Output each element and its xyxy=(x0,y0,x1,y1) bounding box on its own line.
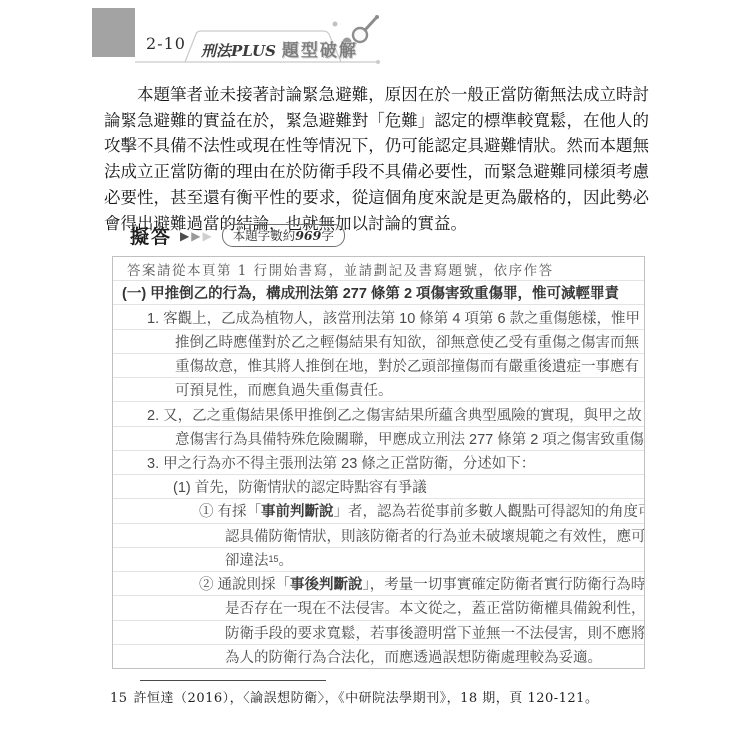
word-count-prefix: 本題字數約 xyxy=(233,228,296,243)
answer-line: 意傷害行為具備特殊危險關聯，甲應成立刑法 277 條第 2 項之傷害致重傷罪。 xyxy=(113,427,644,451)
triangle-arrow-icon: ▶ xyxy=(180,229,189,243)
answer-line: 是否存在一現在不法侵害。本文從之，蓋正當防衛權具備銳利性，對 xyxy=(113,596,644,620)
answer-sheet-box: 答案請從本頁第 1 行開始書寫，並請劃記及書寫題號，依序作答 (一) 甲推倒乙的… xyxy=(112,256,645,669)
answer-line: 為人的防衛行為合法化，而應透過誤想防衛處理較為妥適。 xyxy=(113,645,644,668)
triangle-arrow-icon: ▶ xyxy=(191,229,200,243)
answer-line: 卻違法 15。 xyxy=(113,548,644,572)
answer-line: 2. 又，乙之重傷結果係甲推倒乙之傷害結果所蘊含典型風險的實現，與甲之故 xyxy=(113,402,644,426)
answer-line: 1. 客觀上，乙成為植物人，該當刑法第 10 條第 4 項第 6 款之重傷態樣，… xyxy=(113,305,644,329)
intro-paragraph: 本題筆者並未接著討論緊急避難，原因在於一般正當防衛無法成立時討論緊急避難的實益在… xyxy=(104,82,649,236)
model-answer-header: 擬答 ▶ ▶ ▶ 本題字數約969字 xyxy=(130,222,345,249)
book-title: 刑法PLUS xyxy=(201,42,276,60)
answer-line: 重傷故意，惟其將人推倒在地，對於乙頭部撞傷而有嚴重後遺症一事應有 xyxy=(113,354,644,378)
answer-line: 認具備防衛情狀，則該防衛者的行為並未破壞規範之有效性，應可阻 xyxy=(113,524,644,548)
book-page: 2-10 刑法PLUS題型破解 本題筆者並未接著討論緊急避難，原因在於一般正當防… xyxy=(0,0,750,750)
answer-line: 防衛手段的要求寬鬆，若事後證明當下並無一不法侵害，則不應將行 xyxy=(113,621,644,645)
model-answer-label: 擬答 xyxy=(130,222,172,249)
footnote: 15許恒達（2016），〈論誤想防衛〉，《中研院法學期刊》，18 期，頁 120… xyxy=(110,687,655,706)
page-number: 2-10 xyxy=(146,34,186,53)
answer-line: ① 有採「事前判斷說」者，認為若從事前多數人觀點可得認知的角度可 xyxy=(113,499,644,523)
triangle-arrow-icon: ▶ xyxy=(202,229,211,243)
answer-line: ② 通說則採「事後判斷說」，考量一切事實確定防衛者實行防衛行為時 xyxy=(113,572,644,596)
footnote-number: 15 xyxy=(110,691,128,706)
answer-line: 可預見性，而應負過失重傷責任。 xyxy=(113,378,644,402)
answer-line: (1) 首先，防衛情狀的認定時點容有爭議 xyxy=(113,475,644,499)
answer-line: 3. 甲之行為亦不得主張刑法第 23 條之正當防衛，分述如下： xyxy=(113,451,644,475)
answer-line: (一) 甲推倒乙的行為，構成刑法第 277 條第 2 項傷害致重傷罪，惟可減輕罪… xyxy=(113,281,644,305)
footnote-text: 許恒達（2016），〈論誤想防衛〉，《中研院法學期刊》，18 期，頁 120-1… xyxy=(134,691,599,706)
word-count-badge: 本題字數約969字 xyxy=(222,224,345,247)
word-count-suffix: 字 xyxy=(321,228,334,243)
doctrine-term: 事前判斷說 xyxy=(261,500,334,521)
answer-line: 推倒乙時應僅對於乙之輕傷結果有知欲，卻無意使乙受有重傷之傷害而無 xyxy=(113,330,644,354)
section-title: 題型破解 xyxy=(282,41,358,60)
word-count-number: 969 xyxy=(295,228,321,243)
footnote-separator xyxy=(140,680,326,681)
doctrine-term: 事後判斷說 xyxy=(290,573,363,594)
running-head: 刑法PLUS題型破解 xyxy=(201,36,358,61)
answer-sheet-instruction: 答案請從本頁第 1 行開始書寫，並請劃記及書寫題號，依序作答 xyxy=(113,257,644,281)
